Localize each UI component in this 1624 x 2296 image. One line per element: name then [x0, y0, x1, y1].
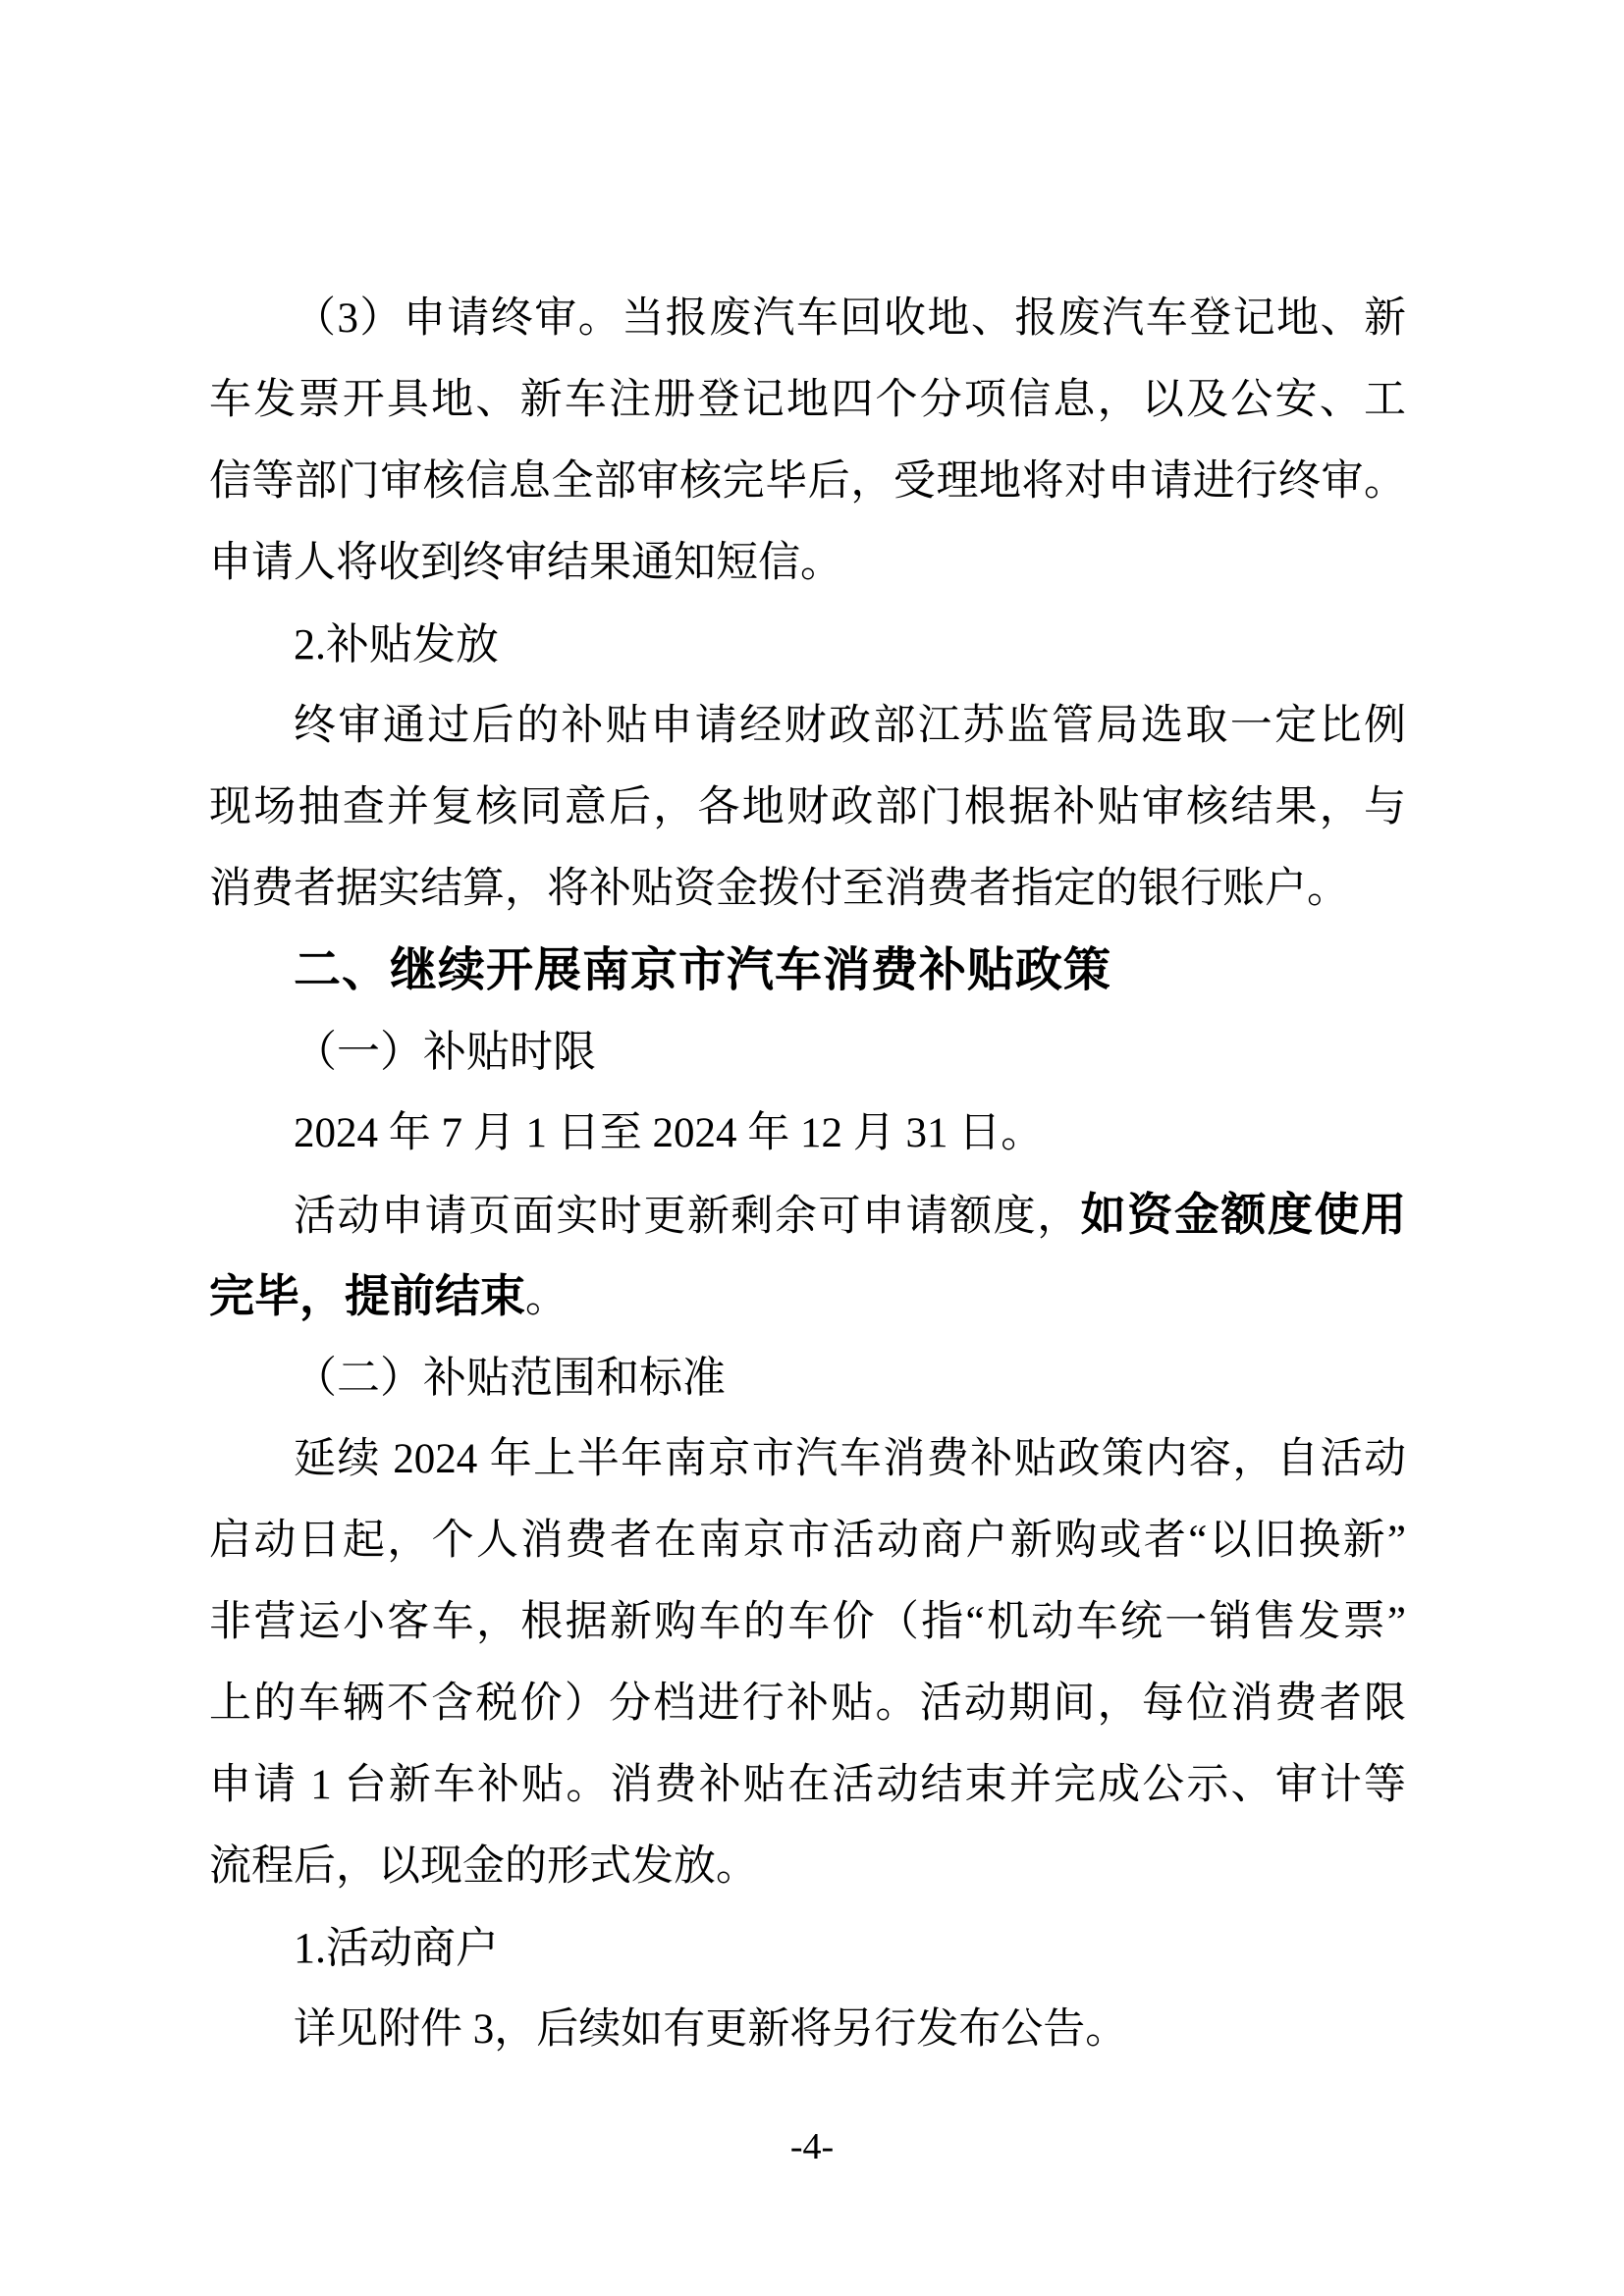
- emphasis-bold-text: 如资金额度使用: [1081, 1189, 1406, 1240]
- paragraph-line: 申请人将收到终审结果通知短信。: [209, 522, 1406, 604]
- paragraph-line: 活动申请页面实时更新剩余可申请额度，如资金额度使用: [209, 1174, 1406, 1255]
- paragraph-line: 终审通过后的补贴申请经财政部江苏监管局选取一定比例: [209, 685, 1406, 767]
- section-heading: 二、继续开展南京市汽车消费补贴政策: [209, 930, 1406, 1011]
- paragraph-line: 详见附件 3，后续如有更新将另行发布公告。: [209, 1989, 1406, 2070]
- paragraph-line: 延续 2024 年上半年南京市汽车消费补贴政策内容，自活动: [209, 1418, 1406, 1500]
- paragraph-line: 上的车辆不含税价）分档进行补贴。活动期间，每位消费者限: [209, 1663, 1406, 1744]
- paragraph-text: 活动申请页面实时更新剩余可申请额度，: [294, 1194, 1081, 1240]
- subsection-heading: （二）补贴范围和标准: [209, 1337, 1406, 1418]
- paragraph-line: 车发票开具地、新车注册登记地四个分项信息，以及公安、工: [209, 359, 1406, 441]
- paragraph-line: 非营运小客车，根据新购车的车价（指“机动车统一销售发票”: [209, 1581, 1406, 1663]
- numbered-subheading: 2.补贴发放: [209, 604, 1406, 685]
- paragraph-line: （3）申请终审。当报废汽车回收地、报废汽车登记地、新: [209, 278, 1406, 359]
- paragraph-line: 2024 年 7 月 1 日至 2024 年 12 月 31 日。: [209, 1093, 1406, 1174]
- document-page: （3）申请终审。当报废汽车回收地、报废汽车登记地、新 车发票开具地、新车注册登记…: [0, 0, 1624, 2296]
- paragraph-line: 完毕，提前结束。: [209, 1255, 1406, 1337]
- emphasis-bold-text: 完毕，提前结束: [209, 1270, 525, 1321]
- paragraph-line: 流程后，以现金的形式发放。: [209, 1826, 1406, 1907]
- page-number: -4-: [0, 2123, 1624, 2170]
- paragraph-line: 现场抽查并复核同意后，各地财政部门根据补贴审核结果，与: [209, 767, 1406, 848]
- numbered-subheading: 1.活动商户: [209, 1907, 1406, 1989]
- subsection-heading: （一）补贴时限: [209, 1011, 1406, 1093]
- paragraph-line: 信等部门审核信息全部审核完毕后，受理地将对申请进行终审。: [209, 441, 1406, 522]
- paragraph-text: 。: [525, 1275, 568, 1321]
- paragraph-line: 申请 1 台新车补贴。消费补贴在活动结束并完成公示、审计等: [209, 1744, 1406, 1826]
- paragraph-line: 启动日起，个人消费者在南京市活动商户新购或者“以旧换新”: [209, 1500, 1406, 1581]
- document-body: （3）申请终审。当报废汽车回收地、报废汽车登记地、新 车发票开具地、新车注册登记…: [209, 278, 1406, 2070]
- paragraph-line: 消费者据实结算，将补贴资金拨付至消费者指定的银行账户。: [209, 848, 1406, 930]
